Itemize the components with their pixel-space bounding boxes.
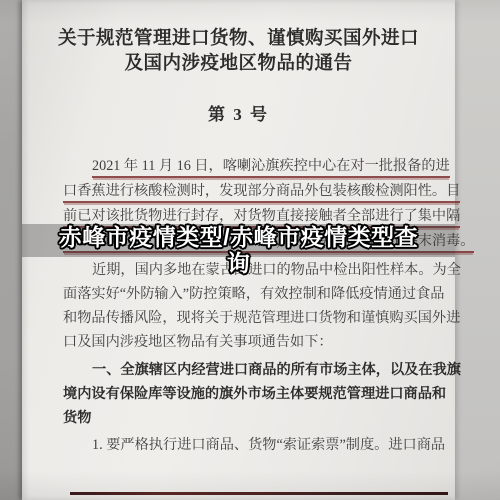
document-title: 关于规范管理进口货物、谨慎购买国外进口 及国内涉疫地区物品的通告 bbox=[22, 27, 455, 77]
title-line-2: 及国内涉疫地区物品的通告 bbox=[22, 52, 455, 77]
caption-text: 赤峰市疫情类型/赤峰市疫情类型查 询 bbox=[22, 225, 455, 276]
document-number: 第 3 号 bbox=[22, 100, 455, 125]
body-line: 和物品传播风险，现将关于规范管理进口货物和谨慎购买国外进 bbox=[63, 306, 449, 330]
body-line: 口及国内涉疫地区物品有关事项通告如下： bbox=[63, 330, 449, 354]
caption-line-2: 询 bbox=[22, 251, 455, 277]
body-line: 2021 年 11 月 16 日，喀喇沁旗疾控中心在对一批报备的进 bbox=[63, 154, 449, 179]
body-line: 面落实好“外防输入”防控策略，有效控制和降低疫情通过食品 bbox=[63, 282, 449, 306]
heading-line: 一、全旗辖区内经营进口商品的所有市场主体，以及在我旗 bbox=[63, 358, 449, 382]
signature-rule bbox=[70, 492, 448, 495]
section-heading-1: 一、全旗辖区内经营进口商品的所有市场主体，以及在我旗 境内设有保险库等设施的旗外… bbox=[63, 358, 449, 430]
photo-backdrop-left bbox=[0, 0, 22, 500]
body-line: 口香蕉进行核酸检测时，发现部分商品外包装核酸检测阳性。目 bbox=[63, 179, 449, 204]
paragraph-item-1: 1. 要严格执行进口商品、货物“索证索票”制度。进口商品 bbox=[63, 433, 449, 457]
heading-line: 货物 bbox=[63, 406, 449, 430]
heading-line: 境内设有保险库等设施的旗外市场主体要规范管理进口商品和 bbox=[63, 382, 449, 406]
title-line-1: 关于规范管理进口货物、谨慎购买国外进口 bbox=[22, 27, 455, 52]
body-line: 1. 要严格执行进口商品、货物“索证索票”制度。进口商品 bbox=[63, 433, 449, 457]
caption-line-1: 赤峰市疫情类型/赤峰市疫情类型查 bbox=[22, 225, 455, 251]
